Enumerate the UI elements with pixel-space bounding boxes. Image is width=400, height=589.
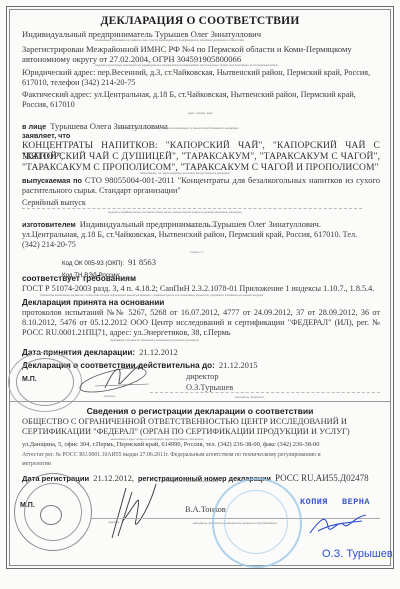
produced-by-value-2: растительного сырья. Стандарт организаци… [22,186,181,196]
basis-label: Декларация принята на основании [22,298,164,307]
manufacturer-address-caption: страна и т.п. [190,251,204,254]
conforms-value: ГОСТ Р 51074-2003 разд. 3, 4 п. 4.18.2; … [22,284,374,294]
basis-line-3: РОСС RU.0001.21ПЦ71, адрес: ул.Энергетик… [22,328,231,338]
registration-line-1: Зарегистрирован Межрайонной ИМНС РФ №4 п… [22,44,352,54]
represented-by-caption: должность, фамилия, имя, отчество руково… [118,127,238,130]
registration-line-2: автономному округу от 27.02.2004, ОГРН 3… [22,54,241,64]
registration-caption: сведения о регистрации организации или и… [95,64,278,67]
legal-address-line-1: Юридический адрес: пер.Весенний, д.3, ст… [22,68,370,78]
head-signature-icon [108,482,158,540]
document-title: ДЕКЛАРАЦИЯ О СООТВЕТСТВИИ [0,15,400,27]
copy-seal-inner [224,490,288,554]
registration-signature-caption: подпись [108,520,119,524]
registration-number-caption: дата регистрации и регистрационный номер… [155,480,218,483]
represented-by-label: в лице [22,122,46,131]
conforms-label: соответствует требованиям [22,274,136,283]
serial-release: Серийный выпуск [22,198,362,209]
produced-by-label: выпускаемая по [22,176,82,185]
director-name-underline [150,392,380,393]
mp-label: М.П. [22,376,37,383]
basis-line-1: протоколов испытаний №№ 5267, 5268 от 16… [22,308,380,318]
actual-address-line-1: Фактический адрес: ул.Центральная, д.18 … [22,90,356,100]
registration-body-2: СЕРТИФИКАЦИИ "ФЕДЕРАЛ" (ОРГАН ПО СЕРТИФИ… [22,427,350,437]
copy-stamp-word-2: ВЕРНА [342,497,370,507]
registration-body-1: ОБЩЕСТВО С ОГРАНИЧЕННОЙ ОТВЕТСТВЕННОСТЬЮ… [22,417,347,427]
copy-stamp-word-1: КОПИЯ [300,497,328,507]
director-name: О.З.Турышев [186,383,233,392]
manufacturer-caption: наименование изготовителя [188,225,219,228]
actual-address-line-2: Россия, 617010 [22,100,75,110]
registration-address: ул.Данщина, 5, офис 304, г.Пермь, Пермск… [22,440,319,450]
address-caption: адрес, телефон, факс [188,112,212,115]
director-name-caption: инициалы, фамилия [235,395,264,399]
applicant-name: Индивидуальный предприниматель Турышев О… [22,29,261,39]
registration-title: Сведения о регистрации декларации о соот… [0,406,400,416]
conforms-caption: обозначение нормативных документов, соот… [40,294,263,297]
director-position: директор [186,372,219,381]
registration-mp-label: М.П. [20,502,35,509]
certification-seal-emblem [40,505,62,525]
copy-signer-name: О.З. Турышев [322,548,393,560]
manufacturer-address-1: ул.Центральная, д.18 Б, ст.Чайковская, Н… [22,230,357,240]
valid-until-value: 21.12.2015 [219,360,258,370]
basis-line-2: 8.10.2012, 5476 от 05.12.2012 ООО Центр … [22,318,380,328]
attestat-line-1: Аттестат рег. № РОСС RU.0001.10АИ55 выда… [22,450,321,460]
copy-signature-icon [308,513,368,535]
signature-caption: подпись [104,394,115,398]
section-divider [10,401,390,402]
declares-label: заявляет, что [22,131,70,140]
applicant-name-caption: наименование организации или фамилия, им… [95,39,244,42]
manufacturer-address-2: (342) 214-20-75 [22,240,76,250]
director-signature-icon [75,360,155,394]
okp-code-value: 91 8563 [128,257,156,267]
legal-address-line-2: 617010, телефон (342) 214-20-75 [22,78,135,88]
registration-number-value: РОСС RU.АИ55.Д02478 [275,473,369,483]
product-line-2: "КАПОРСКИЙ ЧАЙ С ДУШИЦЕЙ", "ТАРАКСАКУМ",… [22,151,380,162]
manufacturer-label: изготовителем [22,220,76,229]
produced-by-row: выпускаемая по СТО 98055004-001-2011 "Ко… [22,175,380,186]
produced-by-value-1: СТО 98055004-001-2011 "Концентраты для б… [85,175,380,185]
